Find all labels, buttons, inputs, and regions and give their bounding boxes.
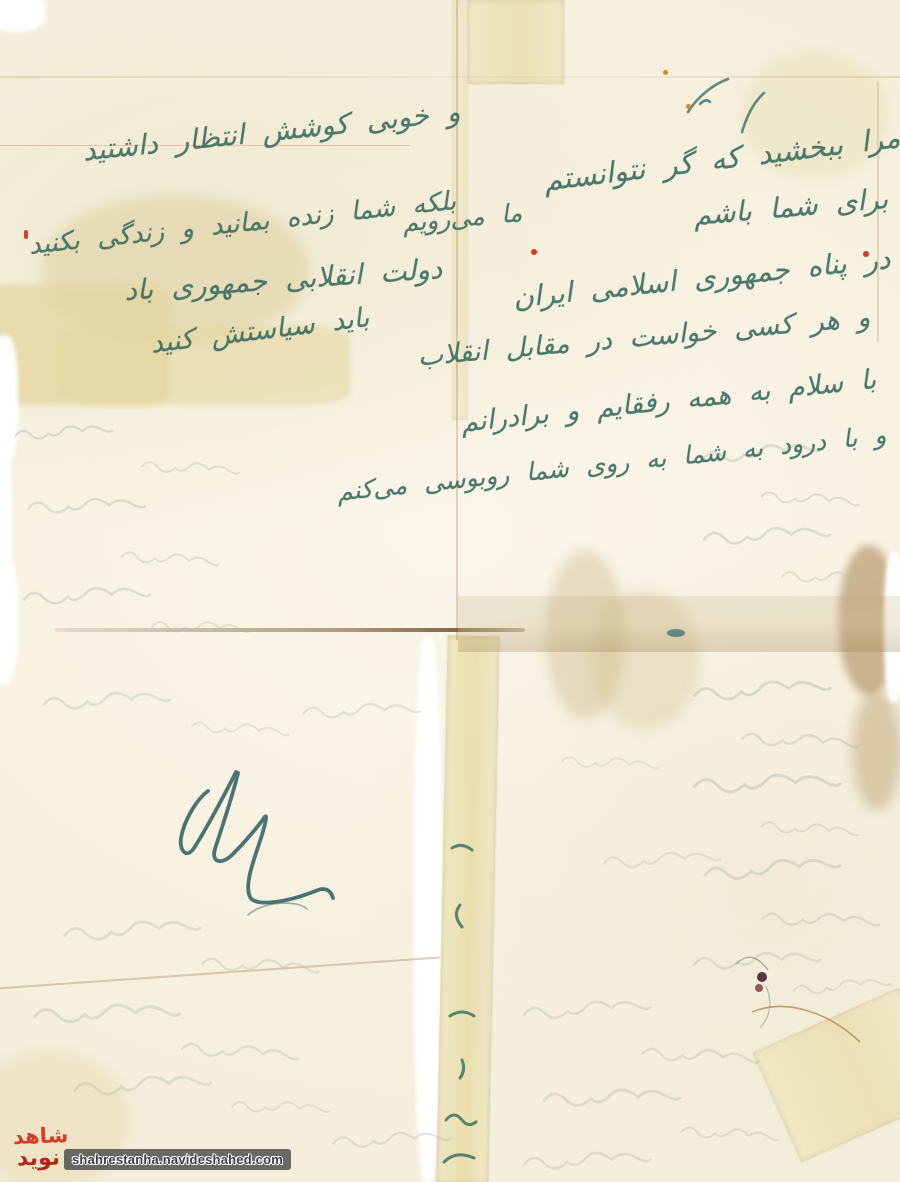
- red-dot: [531, 249, 537, 255]
- ink-marks: [0, 0, 900, 1182]
- red-dot: [863, 251, 869, 257]
- logo-word-bottom: نوید: [17, 1146, 60, 1172]
- watermark-url-bar: shahrestanha.navideshahed.com: [64, 1149, 291, 1170]
- orange-dot: [686, 104, 691, 109]
- red-mark: [24, 230, 28, 239]
- fiber-hair: [752, 1007, 860, 1042]
- scanned-letter-page: مرا ببخشید که گر نتوانستم و خوبی کوشش ان…: [0, 0, 900, 1182]
- navideshahed-logo: شاهد نوید: [12, 1126, 68, 1178]
- watermark-url-text: shahrestanha.navideshahed.com: [72, 1152, 283, 1167]
- ink-blot: [736, 957, 770, 1028]
- orange-dot: [663, 70, 668, 75]
- signature-scribble: [181, 772, 333, 915]
